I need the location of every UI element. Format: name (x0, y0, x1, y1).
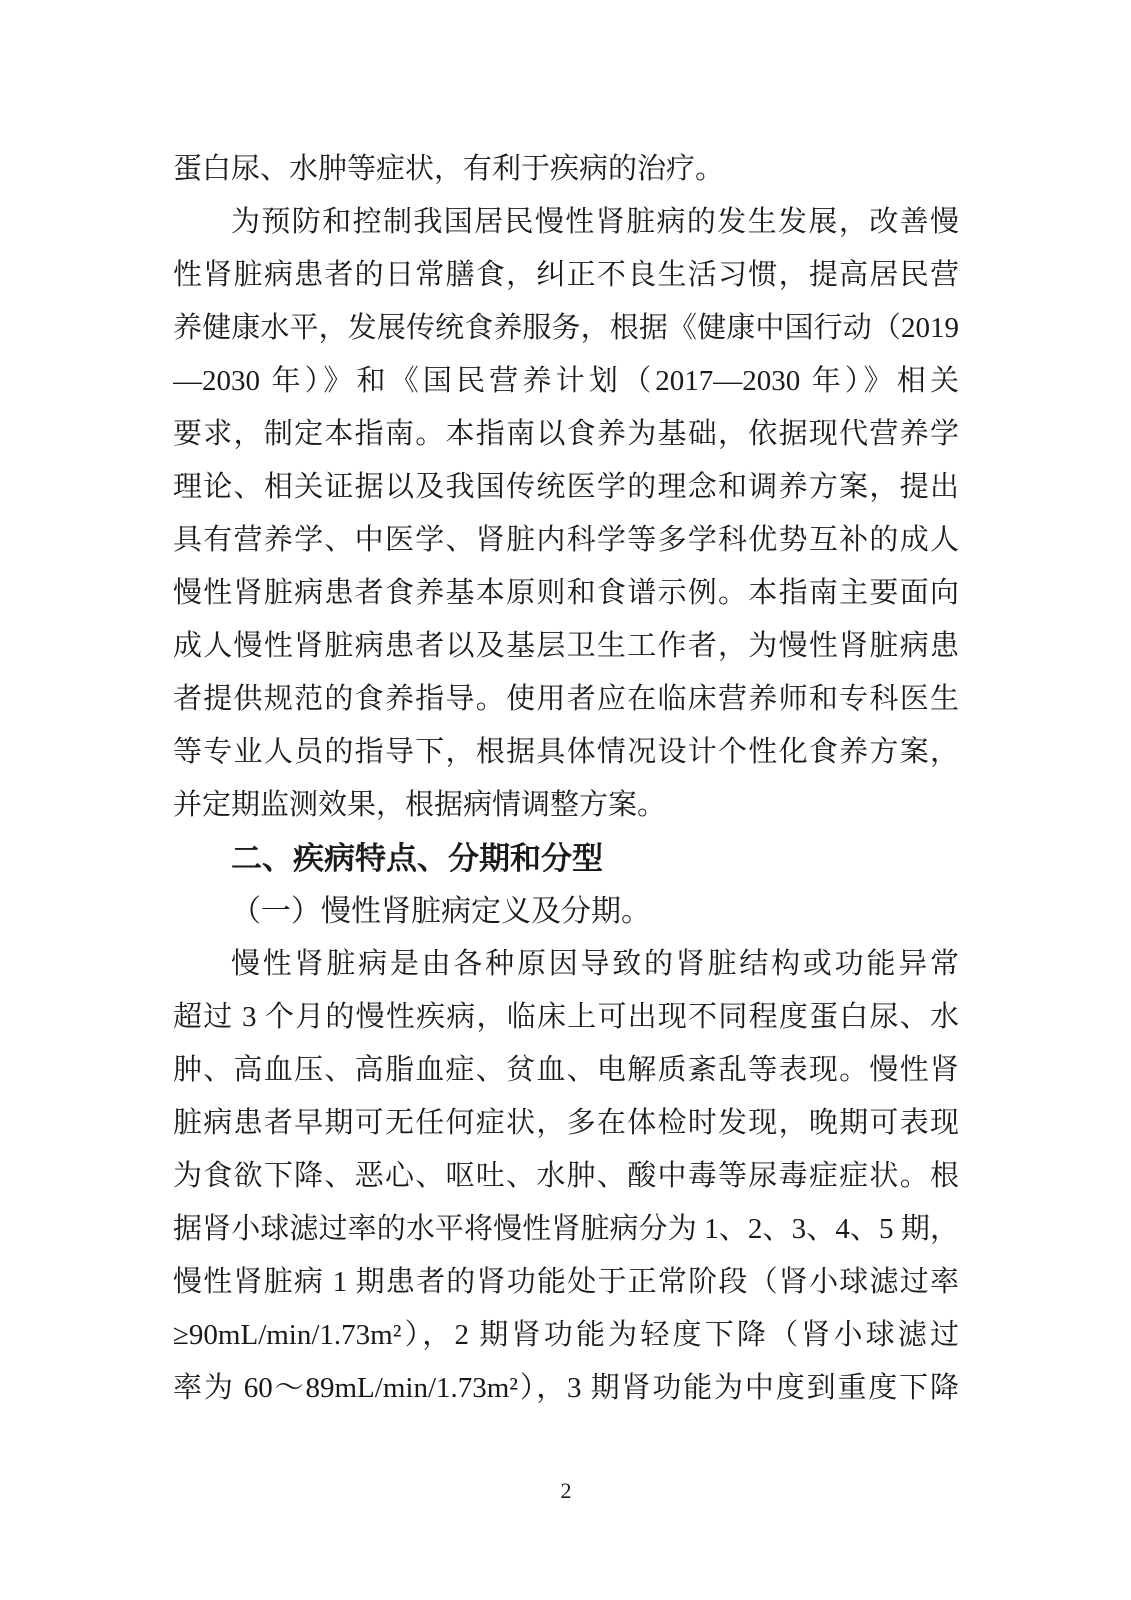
text-block: 蛋白尿、水肿等症状，有利于疾病的治疗。 为预防和控制我国居民慢性肾脏病的发生发展… (173, 143, 959, 1415)
body-text-line: 等专业人员的指导下，根据具体情况设计个性化食养方案， (173, 726, 959, 779)
body-text-line: 理论、相关证据以及我国传统医学的理念和调养方案，提出 (173, 461, 959, 514)
body-text-line: 为预防和控制我国居民慢性肾脏病的发生发展，改善慢 (173, 196, 959, 249)
body-text-line: 蛋白尿、水肿等症状，有利于疾病的治疗。 (173, 143, 959, 196)
body-text-line: 具有营养学、中医学、肾脏内科学等多学科优势互补的成人 (173, 514, 959, 567)
body-text-line: ≥90mL/min/1.73m²），2 期肾功能为轻度下降（肾小球滤过 (173, 1309, 959, 1362)
body-text-line: 为食欲下降、恶心、呕吐、水肿、酸中毒等尿毒症症状。根 (173, 1150, 959, 1203)
body-text-line: 慢性肾脏病患者食养基本原则和食谱示例。本指南主要面向 (173, 567, 959, 620)
body-text-line: 超过 3 个月的慢性疾病，临床上可出现不同程度蛋白尿、水 (173, 991, 959, 1044)
body-text-line: 养健康水平，发展传统食养服务，根据《健康中国行动（2019 (173, 302, 959, 355)
body-text-line: 慢性肾脏病是由各种原因导致的肾脏结构或功能异常 (173, 938, 959, 991)
body-text-line: 据肾小球滤过率的水平将慢性肾脏病分为 1、2、3、4、5 期， (173, 1203, 959, 1256)
body-text-line: 并定期监测效果，根据病情调整方案。 (173, 779, 959, 832)
page-footer: 2 (173, 1478, 959, 1504)
body-text-line: 者提供规范的食养指导。使用者应在临床营养师和专科医生 (173, 673, 959, 726)
page-number: 2 (561, 1478, 572, 1503)
body-text-line: —2030 年）》和《国民营养计划（2017—2030 年）》相关 (173, 355, 959, 408)
body-text-line: 要求，制定本指南。本指南以食养为基础，依据现代营养学 (173, 408, 959, 461)
body-text-line: 肿、高血压、高脂血症、贫血、电解质紊乱等表现。慢性肾 (173, 1044, 959, 1097)
section-heading: 二、疾病特点、分期和分型 (173, 832, 959, 885)
body-text-line: 率为 60～89mL/min/1.73m²），3 期肾功能为中度到重度下降 (173, 1362, 959, 1415)
body-text-line: 脏病患者早期可无任何症状，多在体检时发现，晚期可表现 (173, 1097, 959, 1150)
body-text-line: 慢性肾脏病 1 期患者的肾功能处于正常阶段（肾小球滤过率 (173, 1256, 959, 1309)
body-text-line: 性肾脏病患者的日常膳食，纠正不良生活习惯，提高居民营 (173, 249, 959, 302)
body-text-line: 成人慢性肾脏病患者以及基层卫生工作者，为慢性肾脏病患 (173, 620, 959, 673)
subsection-heading: （一）慢性肾脏病定义及分期。 (173, 885, 959, 938)
